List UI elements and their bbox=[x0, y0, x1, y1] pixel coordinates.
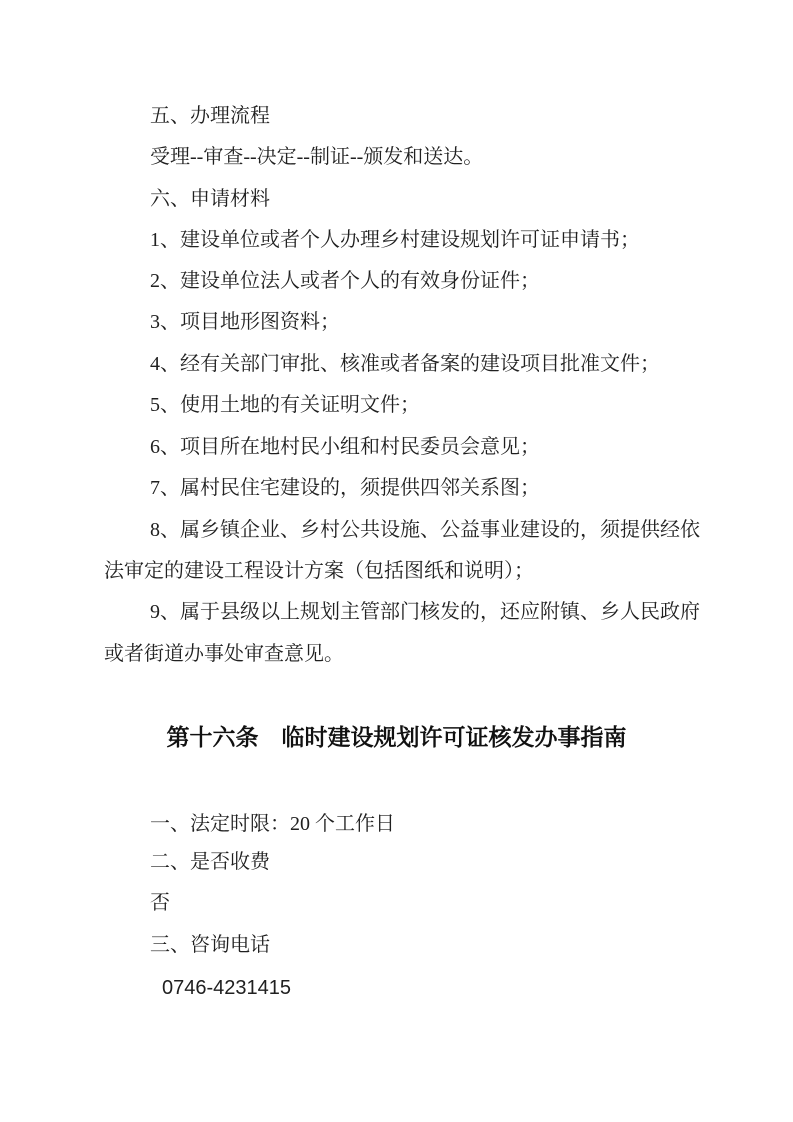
material-item-9-line-1: 9、属于县级以上规划主管部门核发的，还应附镇、乡人民政府 bbox=[150, 601, 700, 623]
chapter-16-heading: 第十六条 临时建设规划许可证核发办事指南 bbox=[0, 722, 793, 752]
document-page: 五、办理流程 受理--审查--决定--制证--颁发和送达。 六、申请材料 1、建… bbox=[0, 0, 793, 1122]
phone-label: 三、咨询电话 bbox=[150, 934, 270, 956]
process-flow-text: 受理--审查--决定--制证--颁发和送达。 bbox=[150, 146, 483, 168]
section-six-title: 六、申请材料 bbox=[150, 188, 270, 210]
material-item-2: 2、建设单位法人或者个人的有效身份证件； bbox=[150, 270, 540, 292]
material-item-3: 3、项目地形图资料； bbox=[150, 311, 340, 333]
material-item-5: 5、使用土地的有关证明文件； bbox=[150, 394, 420, 416]
legal-time-limit: 一、法定时限：20 个工作日 bbox=[150, 813, 395, 835]
phone-number: 0746-4231415 bbox=[162, 977, 291, 999]
material-item-4: 4、经有关部门审批、核准或者备案的建设项目批准文件； bbox=[150, 353, 660, 375]
fee-question: 二、是否收费 bbox=[150, 851, 270, 873]
section-five-title: 五、办理流程 bbox=[150, 105, 270, 127]
material-item-8-line-1: 8、属乡镇企业、乡村公共设施、公益事业建设的，须提供经依 bbox=[150, 519, 700, 541]
material-item-8-line-2: 法审定的建设工程设计方案（包括图纸和说明）； bbox=[104, 560, 534, 582]
fee-answer: 否 bbox=[150, 892, 170, 914]
material-item-7: 7、属村民住宅建设的，须提供四邻关系图； bbox=[150, 477, 540, 499]
material-item-9-line-2: 或者街道办事处审查意见。 bbox=[104, 643, 344, 665]
material-item-1: 1、建设单位或者个人办理乡村建设规划许可证申请书； bbox=[150, 229, 640, 251]
material-item-6: 6、项目所在地村民小组和村民委员会意见； bbox=[150, 436, 540, 458]
